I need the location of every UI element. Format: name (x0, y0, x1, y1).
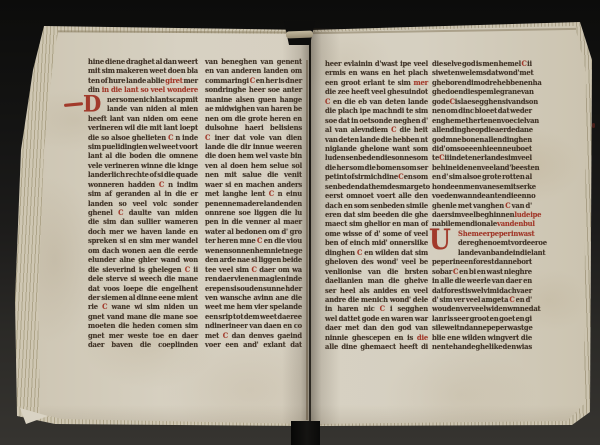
text-line: soedatinoetsondeneghend' (325, 117, 428, 126)
text-line: nenomdincbloeetdatweder (432, 107, 532, 116)
text-line: inalledieweerlevandaeren (432, 277, 532, 286)
text-line: sileweitndannepeperwastge (432, 324, 532, 333)
text-line: Cinerdatvolevandien (205, 134, 302, 143)
text-line: wonnerenhaddenCnindim (88, 181, 198, 190)
text-line: ghelovendeswond'veelbe (325, 258, 428, 267)
text-line: maectsimgheliorenmanof (325, 220, 428, 229)
text-line: diesieverindisghelegenCii (88, 266, 198, 275)
text-line: nenomdiegroteherenen (205, 115, 302, 124)
text-line: petintofsirmichdineCensom (325, 173, 428, 182)
drop-cap-initial-u: U (429, 226, 451, 254)
text-line: rieCwanewisimnidenun (88, 303, 198, 312)
text-line: ghedoendiespemlegranevan (432, 88, 532, 97)
text-line: godmnebonenallendinghen (432, 136, 532, 145)
text-line: ninnieghescepenenisdie (325, 334, 428, 343)
text-line: penennemaderelandenden (205, 200, 302, 209)
text-line: teeveelsimCdaeromwa (205, 266, 302, 275)
text-line: weetmehemvierspelande (205, 303, 302, 312)
text-line: dieplachipemachnditesim (325, 107, 428, 116)
text-line: landensoveelvolcsonder (88, 200, 198, 209)
gutter-crease (306, 60, 308, 420)
text-line: dulsohnehaeribelisiens (205, 124, 302, 133)
text-line: venlionisevandiebrsten (325, 268, 428, 277)
text-line: woudenverveelwidenwmnedat (432, 305, 532, 314)
text-column-right-1: heerevlainind'wastipeveelermisenwansenhe… (325, 60, 428, 353)
text-line: teCiiindetenerlandesimveel (432, 154, 532, 163)
text-column-left-2: vanbeneghenvangenentenvananderenlandenom… (205, 58, 302, 351)
text-line: sprekensiensimmerwandel (88, 237, 198, 246)
text-line: delestervesiweechdiemane (88, 275, 198, 284)
text-line: diesoalsoeghelietenCninde (88, 134, 198, 143)
text-line: landerlichrechteofsidiequade (88, 171, 198, 180)
text-line: eerstomnoetvoertalleden (325, 192, 428, 201)
headband (286, 31, 313, 39)
text-line: hondeenmenvanesemitserke (432, 183, 532, 192)
text-line: metlanghelentCneinu (205, 190, 302, 199)
clasp-strap (291, 421, 320, 445)
text-line: elunderalneghierwandwon (88, 256, 198, 265)
text-line: enghemethertenenvoecielvan (432, 117, 532, 126)
text-line: sondringheheersoeanter (205, 86, 302, 95)
text-line: dachensomsenbedensimile (325, 202, 428, 211)
text-line: penindievenneralmaer (205, 218, 302, 227)
text-line: landevannidenalmien (88, 105, 198, 114)
text-line: end'simalsoegroterottenal (432, 173, 532, 182)
text-line: vandetenlandediehebbennt (325, 136, 428, 145)
drop-cap-initial-d: D (83, 92, 101, 114)
text-line: daerbavendiecoeplinden (88, 341, 198, 350)
text-line: envananderenlandenom (205, 67, 302, 76)
text-line: peperineenforestdannebort (432, 258, 532, 267)
text-line: lantaldiebodendieomnene (88, 152, 198, 161)
text-line: allendingheopdieaerdedane (432, 126, 532, 135)
text-line: datforestiswelvimidachvaer (432, 287, 532, 296)
text-line: ludensenbedendiesonnesom (325, 154, 428, 163)
text-line: waersienmachenanders (205, 181, 302, 190)
manuscript-photo: hinedienedraghetaldanweertmitsimmakerenw… (0, 0, 600, 445)
text-line: gnetmerwestetoeendaer (88, 332, 198, 341)
text-line: daermetdandengodvan (325, 324, 428, 333)
text-line: heeftlantvannidenomeene (88, 115, 198, 124)
text-line: mitsimmakerenweetdoenbla (88, 67, 198, 76)
text-line: datvoosloepedieengelhent (88, 285, 198, 294)
text-line: ghenlemetvanghenCvand' (432, 202, 532, 211)
text-line: dinindielantsoveelwondere (88, 86, 198, 95)
text-line: alvanalevndiemCdieheit (325, 126, 428, 135)
text-line: moetendiehedencomensim (88, 322, 198, 331)
text-line: benofeinchmid'onnerslike (325, 239, 428, 248)
text-line: daelianienmandiegheive (325, 277, 428, 286)
edge-speck (592, 123, 595, 128)
text-line: sobarCenbienwastnieghre (432, 268, 532, 277)
text-line: verinerenwildiemitlantloept (88, 124, 198, 133)
text-line: ndinerineervandaenenco (205, 322, 302, 331)
text-line: diezeeheeftveelghesuindot (325, 88, 428, 97)
text-line: nentehandeghelikedenwias (432, 343, 532, 352)
text-column-left-1: hinedienedraghetaldanweertmitsimmakerenw… (88, 58, 198, 351)
text-line: metCdandenvesgaeind (205, 332, 302, 341)
text-line: erepensisoudensunnehder (205, 285, 302, 294)
text-line: terherenmneCendieviou (205, 237, 302, 246)
text-line: aemidwighenvanharenbe (205, 105, 302, 114)
text-line: senbedendathemdesmargeto (325, 183, 428, 192)
text-line: denardenaesiliggenbeide (205, 256, 302, 265)
text-line: inharennicCisegghen (325, 305, 428, 314)
text-column-right-2: dieselvegodismenhemelCiisiwetenwelemsdat… (432, 60, 532, 353)
text-line: simafgerandenalindieer (88, 190, 198, 199)
text-line: blieenewildenwingvertdie (432, 334, 532, 343)
text-line: siwetenwelemsdatwond'met (432, 69, 532, 78)
text-line: ermisenwansenhetplach (325, 69, 428, 78)
text-line: diedoenhemwelvastebin (205, 152, 302, 161)
text-line: rendaervlenenmagleninde (205, 275, 302, 284)
text-line: alledineghemaectheeftdi (325, 343, 428, 352)
text-line: diesimdansullierwameren (88, 218, 198, 227)
text-line: serheelalsanidesenveel (325, 287, 428, 296)
text-line: voedenwanndeantendieenno (432, 192, 532, 201)
text-line: voereenand'exlantdat (205, 341, 302, 350)
text-line: nenmitsaluedievenit (205, 171, 302, 180)
